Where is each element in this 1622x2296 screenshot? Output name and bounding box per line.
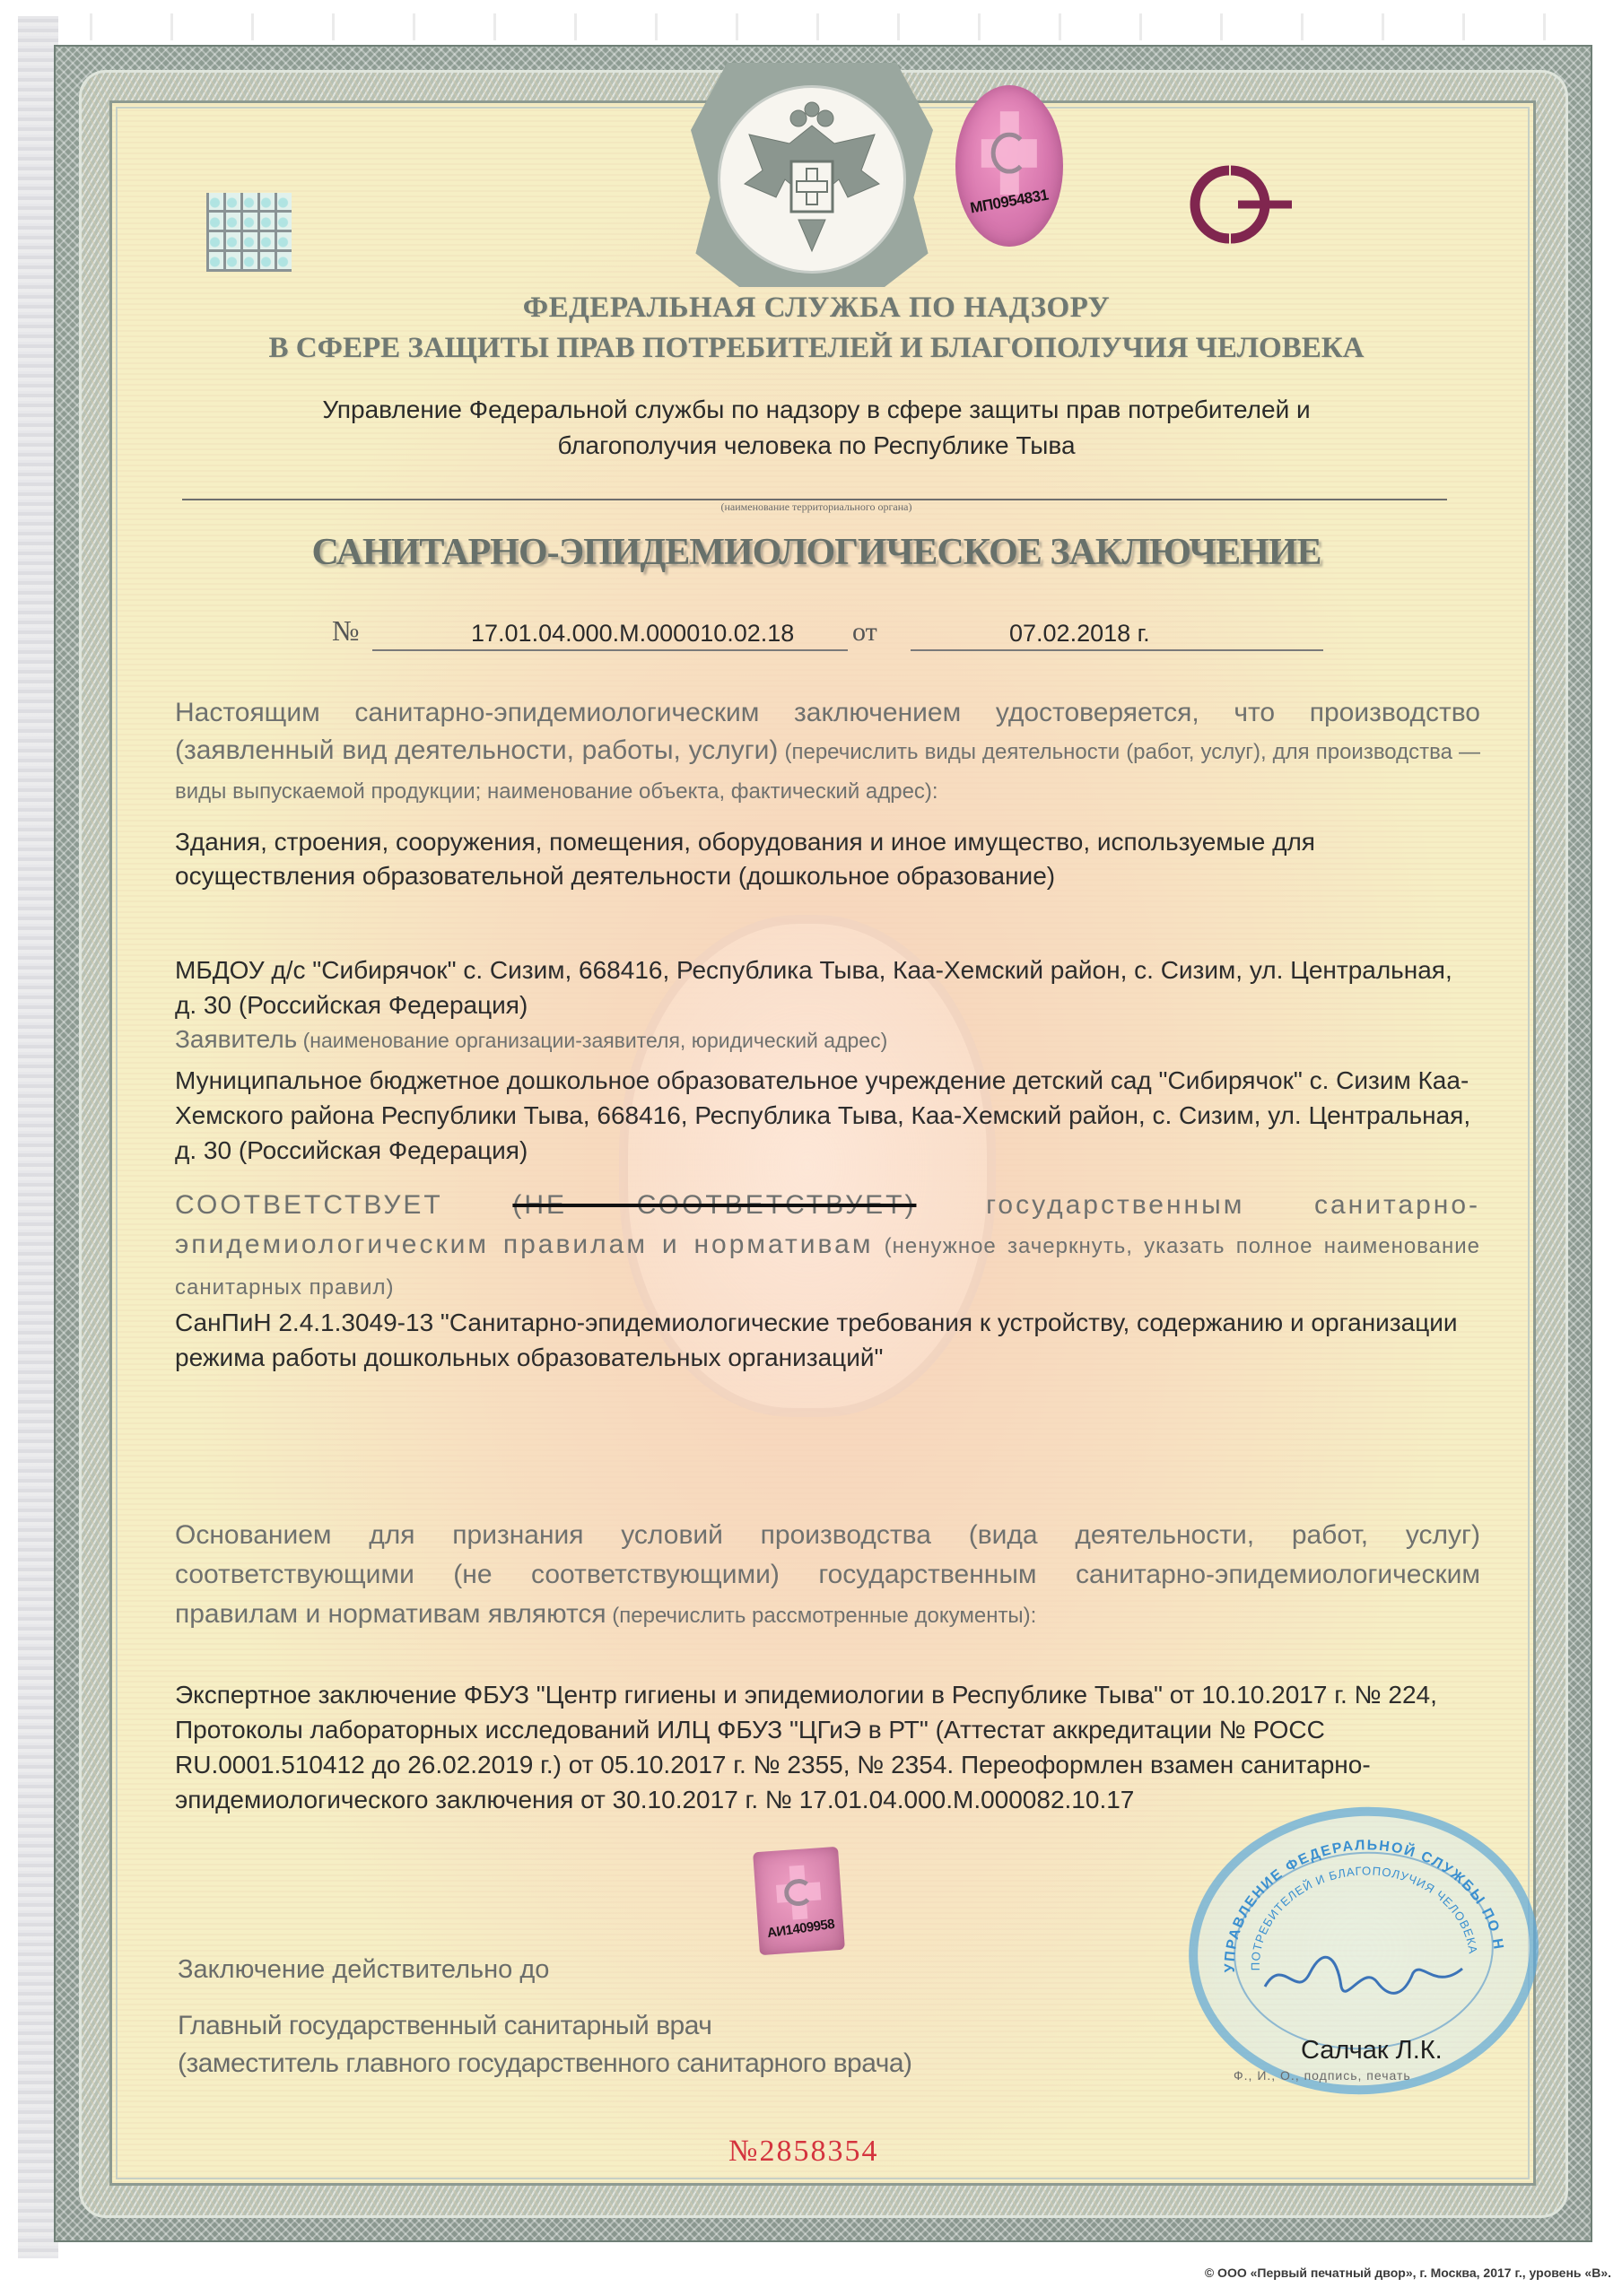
- c-mark-icon: [991, 132, 1028, 174]
- hologram-sticker-bottom: АИ1409958: [753, 1847, 845, 1955]
- signer-name: Салчак Л.К.: [1301, 2036, 1443, 2066]
- form-serial-number: №2858354: [728, 2135, 878, 2169]
- chief-doctor-line2: (заместитель главного государственного с…: [178, 2045, 912, 2083]
- number-underline: [372, 649, 848, 651]
- valid-until-label: Заключение действительно до: [178, 1955, 549, 1985]
- printer-credit: © ООО «Первый печатный двор», г. Москва,…: [1205, 2266, 1611, 2280]
- applicant-value: Муниципальное бюджетное дошкольное образ…: [175, 1063, 1480, 1168]
- date-underline: [911, 649, 1323, 651]
- object-address: МБДОУ д/с "Сибирячок" с. Сизим, 668416, …: [175, 952, 1480, 1022]
- document-title: САНИТАРНО-ЭПИДЕМИОЛОГИЧЕСКОЕ ЗАКЛЮЧЕНИЕ: [179, 531, 1453, 574]
- security-pattern-icon: [206, 193, 292, 272]
- basis-documents-value: Экспертное заключение ФБУЗ "Центр гигиен…: [175, 1677, 1480, 1817]
- double-headed-eagle-emblem-icon: [718, 85, 906, 274]
- date-label: от: [852, 617, 877, 648]
- eagle-icon: [736, 99, 888, 260]
- applicant-hint: (наименование организации-заявителя, юри…: [297, 1029, 887, 1052]
- sanitary-rules-value: СанПиН 2.4.1.3049-13 "Санитарно-эпидемио…: [175, 1305, 1480, 1375]
- signer-caption: Ф., И., О., подпись, печать: [1234, 2068, 1411, 2083]
- basis-hint: (перечислить рассмотренные документы):: [606, 1604, 1037, 1628]
- applicant-label: Заявитель: [175, 1025, 297, 1053]
- agency-title-line2: В СФЕРЕ ЗАЩИТЫ ПРАВ ПОТРЕБИТЕЛЕЙ И БЛАГО…: [179, 332, 1453, 365]
- activity-value: Здания, строения, сооружения, помещения,…: [175, 825, 1480, 893]
- scan-noise: [54, 13, 1579, 40]
- compliance-status: СООТВЕТСТВУЕТ: [175, 1190, 443, 1220]
- scan-edge: [18, 16, 58, 2258]
- signature-icon: [1256, 1946, 1471, 2009]
- hologram-sticker-top: МП0954831: [955, 85, 1063, 247]
- territorial-body-line1: Управление Федеральной службы по надзору…: [179, 392, 1453, 428]
- se-logo-icon: [1166, 160, 1310, 249]
- compliance-struck-status: (НЕ СООТВЕТСТВУЕТ): [512, 1190, 916, 1220]
- number-label: №: [332, 614, 360, 648]
- territorial-body-caption: (наименование территориального органа): [179, 500, 1453, 514]
- territorial-body: Управление Федеральной службы по надзору…: [179, 392, 1453, 464]
- document-date: 07.02.2018 г.: [1009, 620, 1150, 648]
- certification-intro: Настоящим санитарно-эпидемиологическим з…: [175, 694, 1480, 811]
- agency-title-line1: ФЕДЕРАЛЬНАЯ СЛУЖБА ПО НАДЗОРУ: [179, 291, 1453, 325]
- document-number-row: № 17.01.04.000.М.000010.02.18 от 07.02.2…: [323, 617, 1319, 653]
- basis-statement: Основанием для признания условий произво…: [175, 1516, 1480, 1636]
- chief-doctor-title: Главный государственный санитарный врач …: [178, 2007, 912, 2083]
- applicant-label-row: Заявитель (наименование организации-заяв…: [175, 1022, 1480, 1057]
- chief-doctor-line1: Главный государственный санитарный врач: [178, 2007, 912, 2045]
- document-number: 17.01.04.000.М.000010.02.18: [471, 620, 794, 648]
- territorial-body-line2: благополучия человека по Республике Тыва: [179, 428, 1453, 464]
- compliance-statement: СООТВЕТСТВУЕТ (НЕ СООТВЕТСТВУЕТ) государ…: [175, 1186, 1480, 1308]
